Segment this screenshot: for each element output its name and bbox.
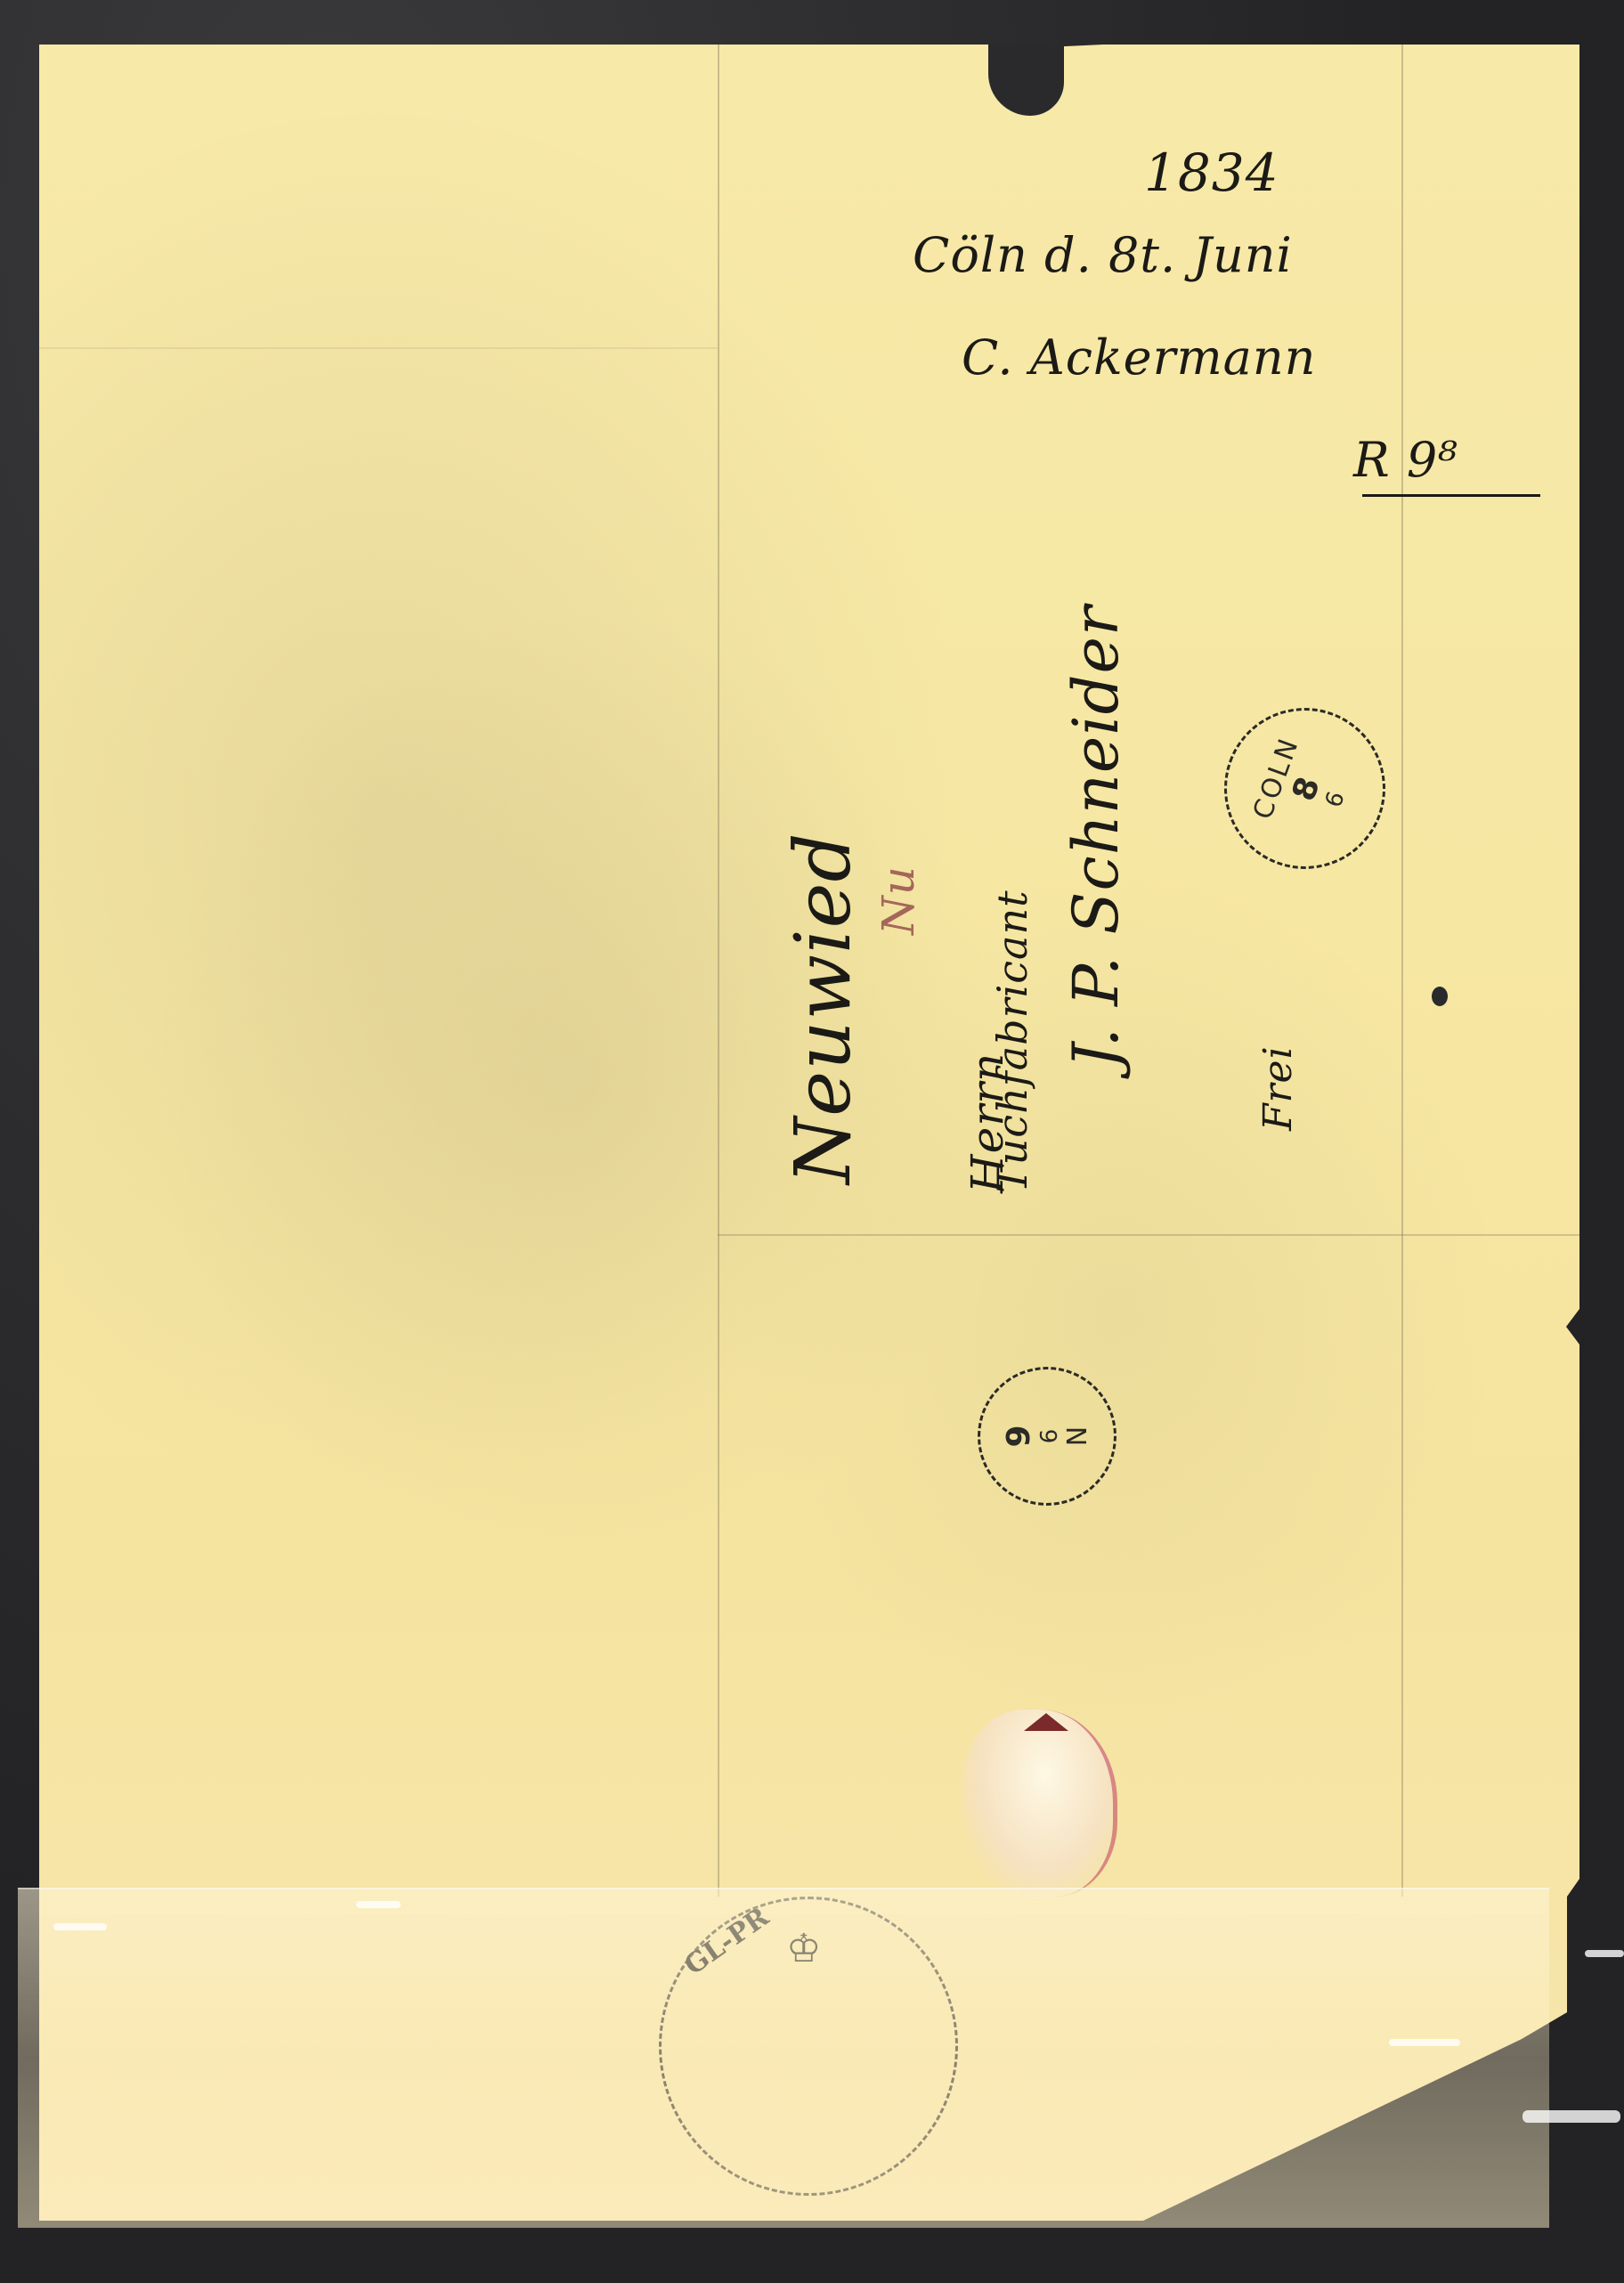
fold-line-right: [1401, 45, 1403, 1897]
postmark-arrival: 9 6 N: [978, 1367, 1116, 1506]
crown-icon: ♔: [786, 1926, 822, 1979]
wax-seal-remnant: [962, 1710, 1117, 1897]
sleeve-glare: [1585, 1950, 1624, 1957]
fold-line-upper: [39, 347, 718, 349]
docket-sender: C. Ackermann: [962, 329, 1316, 386]
fold-line-horizontal: [718, 1234, 1579, 1236]
fold-line-left: [718, 45, 719, 1897]
arrival-day: 9: [1002, 1425, 1037, 1447]
sleeve-glare: [1522, 2110, 1620, 2123]
charge-marking: R 9⁸: [1353, 432, 1458, 488]
address-city: Neuwied: [779, 832, 868, 1184]
address-pencil-note: Nu: [873, 865, 924, 935]
sleeve-glare: [1389, 2039, 1460, 2046]
address-line-name: J. P. Schneider: [1060, 605, 1133, 1068]
sleeve-glare: [53, 1923, 107, 1930]
arrival-month: 6: [1037, 1425, 1063, 1447]
official-seal-stamp: GL-PR ♔: [659, 1897, 958, 2196]
address-line-prefix: Frei: [1255, 1045, 1301, 1131]
docket-year: 1834: [1144, 142, 1279, 203]
address-line-occupation: Tuchfabricant: [988, 890, 1036, 1193]
sleeve-glare: [356, 1901, 401, 1908]
docket-place-date: Cöln d. 8t. Juni: [913, 227, 1293, 283]
arrival-letters: N: [1063, 1425, 1092, 1447]
charge-underline: [1362, 494, 1540, 497]
paper-hole: [1432, 987, 1448, 1006]
